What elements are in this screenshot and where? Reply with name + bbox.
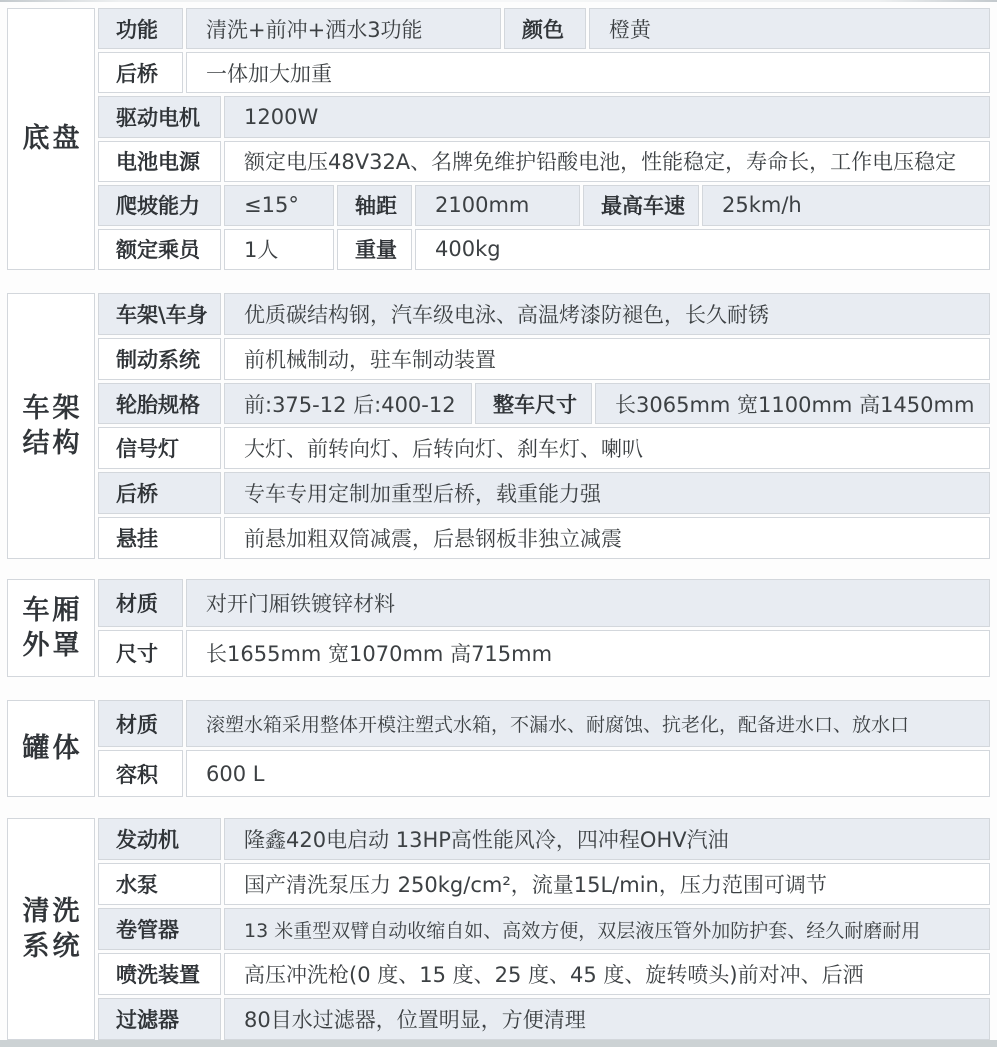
spec-value: 清洗+前冲+洒水3功能 [186,8,501,49]
spec-value: 大灯、前转向灯、后转向灯、刹车灯、喇叭 [224,427,990,469]
spec-label: 后桥 [98,52,183,93]
spec-section-chassis: 底盘功能清洗+前冲+洒水3功能颜色橙黄后桥一体加大加重驱动电机1200W电池电源… [7,8,990,270]
section-title-line: 车架 [20,391,83,426]
spec-value: 高压冲洗枪(0 度、15 度、25 度、45 度、旋转喷头)前对冲、后洒 [224,953,990,995]
spec-label: 制动系统 [98,338,221,380]
spec-value: 25km/h [702,185,990,226]
spec-value: 国产清洗泵压力 250kg/cm²，流量15L/min，压力范围可调节 [224,863,990,905]
spec-label: 卷管器 [98,908,221,950]
section-title: 车架结构 [7,293,95,559]
table-row: 材质滚塑水箱采用整体开模注塑式水箱，不漏水、耐腐蚀、抗老化，配备进水口、放水口 [98,700,990,747]
spec-value: 前悬加粗双筒减震，后悬钢板非独立减震 [224,517,990,559]
table-row: 爬坡能力≤15°轴距2100mm最高车速25km/h [98,185,990,226]
spec-label: 最高车速 [583,185,699,226]
spec-value: 长3065mm 宽1100mm 高1450mm [595,383,990,425]
spec-label: 水泵 [98,863,221,905]
section-title-line: 清洗 [20,894,83,929]
spec-value: 对开门厢铁镀锌材料 [186,579,990,627]
table-row: 过滤器80目水过滤器，位置明显，方便清理 [98,998,990,1040]
table-row: 材质对开门厢铁镀锌材料 [98,579,990,627]
spec-label: 额定乘员 [98,229,221,270]
section-title-line: 外罩 [20,628,83,663]
table-row: 电池电源额定电压48V32A、名牌免维护铅酸电池，性能稳定，寿命长，工作电压稳定 [98,141,990,182]
spec-label: 重量 [337,229,412,270]
spec-sheet: 底盘功能清洗+前冲+洒水3功能颜色橙黄后桥一体加大加重驱动电机1200W电池电源… [0,0,997,1047]
spec-label: 功能 [98,8,183,49]
spec-label: 过滤器 [98,998,221,1040]
spec-value: 优质碳结构钢，汽车级电泳、高温烤漆防褪色，长久耐锈 [224,293,990,335]
table-row: 喷洗装置高压冲洗枪(0 度、15 度、25 度、45 度、旋转喷头)前对冲、后洒 [98,953,990,995]
section-title-line: 结构 [20,426,83,461]
spec-value: 额定电压48V32A、名牌免维护铅酸电池，性能稳定，寿命长，工作电压稳定 [224,141,990,182]
table-row: 功能清洗+前冲+洒水3功能颜色橙黄 [98,8,990,49]
spec-value: 隆鑫420电启动 13HP高性能风冷，四冲程OHV汽油 [224,818,990,860]
spec-label: 颜色 [504,8,586,49]
spec-value: 滚塑水箱采用整体开模注塑式水箱，不漏水、耐腐蚀、抗老化，配备进水口、放水口 [186,700,990,747]
section-rows: 功能清洗+前冲+洒水3功能颜色橙黄后桥一体加大加重驱动电机1200W电池电源额定… [98,8,990,270]
table-row: 尺寸长1655mm 宽1070mm 高715mm [98,630,990,678]
table-row: 容积600 L [98,750,990,797]
section-title-line: 系统 [20,929,83,964]
spec-value: 长1655mm 宽1070mm 高715mm [186,630,990,678]
spec-label: 驱动电机 [98,96,221,137]
table-row: 卷管器13 米重型双臂自动收缩自如、高效方便，双层液压管外加防护套、经久耐磨耐用 [98,908,990,950]
spec-label: 车架\车身 [98,293,221,335]
spec-value: 1人 [224,229,334,270]
section-rows: 车架\车身优质碳结构钢，汽车级电泳、高温烤漆防褪色，长久耐锈制动系统前机械制动，… [98,293,990,559]
spec-value: 专车专用定制加重型后桥，载重能力强 [224,472,990,514]
spec-value: 600 L [186,750,990,797]
spec-section-washing-system: 清洗系统发动机隆鑫420电启动 13HP高性能风冷，四冲程OHV汽油水泵国产清洗… [7,818,990,1040]
section-title-line: 底盘 [20,121,83,156]
spec-label: 喷洗装置 [98,953,221,995]
spec-label: 轮胎规格 [98,383,221,425]
spec-value: 80目水过滤器，位置明显，方便清理 [224,998,990,1040]
spec-label: 信号灯 [98,427,221,469]
spec-section-carriage-cover: 车厢外罩材质对开门厢铁镀锌材料尺寸长1655mm 宽1070mm 高715mm [7,579,990,677]
spec-value: ≤15° [224,185,334,226]
table-row: 信号灯大灯、前转向灯、后转向灯、刹车灯、喇叭 [98,427,990,469]
spec-value: 一体加大加重 [186,52,990,93]
spec-label: 材质 [98,579,183,627]
table-row: 发动机隆鑫420电启动 13HP高性能风冷，四冲程OHV汽油 [98,818,990,860]
page-bottom-edge [0,1040,997,1047]
section-title: 罐体 [7,700,95,797]
spec-section-frame-structure: 车架结构车架\车身优质碳结构钢，汽车级电泳、高温烤漆防褪色，长久耐锈制动系统前机… [7,293,990,559]
table-row: 后桥一体加大加重 [98,52,990,93]
spec-label: 容积 [98,750,183,797]
table-row: 额定乘员1人重量400kg [98,229,990,270]
table-row: 悬挂前悬加粗双筒减震，后悬钢板非独立减震 [98,517,990,559]
table-row: 制动系统前机械制动，驻车制动装置 [98,338,990,380]
table-row: 后桥专车专用定制加重型后桥，载重能力强 [98,472,990,514]
page-top-edge [0,0,997,2]
spec-label: 整车尺寸 [475,383,592,425]
table-row: 驱动电机1200W [98,96,990,137]
section-title: 车厢外罩 [7,579,95,677]
section-title: 清洗系统 [7,818,95,1040]
section-title-line: 车厢 [20,593,83,628]
spec-value: 橙黄 [589,8,990,49]
spec-label: 爬坡能力 [98,185,221,226]
table-row: 车架\车身优质碳结构钢，汽车级电泳、高温烤漆防褪色，长久耐锈 [98,293,990,335]
section-rows: 材质滚塑水箱采用整体开模注塑式水箱，不漏水、耐腐蚀、抗老化，配备进水口、放水口容… [98,700,990,797]
table-row: 轮胎规格前:375-12 后:400-12整车尺寸长3065mm 宽1100mm… [98,383,990,425]
table-row: 水泵国产清洗泵压力 250kg/cm²，流量15L/min，压力范围可调节 [98,863,990,905]
spec-section-tank: 罐体材质滚塑水箱采用整体开模注塑式水箱，不漏水、耐腐蚀、抗老化，配备进水口、放水… [7,700,990,797]
section-rows: 材质对开门厢铁镀锌材料尺寸长1655mm 宽1070mm 高715mm [98,579,990,677]
spec-label: 材质 [98,700,183,747]
spec-value: 13 米重型双臂自动收缩自如、高效方便，双层液压管外加防护套、经久耐磨耐用 [224,908,990,950]
spec-value: 前:375-12 后:400-12 [224,383,472,425]
spec-label: 轴距 [337,185,412,226]
spec-value: 1200W [224,96,990,137]
spec-label: 悬挂 [98,517,221,559]
spec-value: 400kg [415,229,990,270]
section-title: 底盘 [7,8,95,270]
spec-label: 后桥 [98,472,221,514]
spec-label: 电池电源 [98,141,221,182]
section-title-line: 罐体 [20,731,83,766]
spec-label: 尺寸 [98,630,183,678]
section-rows: 发动机隆鑫420电启动 13HP高性能风冷，四冲程OHV汽油水泵国产清洗泵压力 … [98,818,990,1040]
spec-value: 2100mm [415,185,580,226]
spec-value: 前机械制动，驻车制动装置 [224,338,990,380]
spec-label: 发动机 [98,818,221,860]
